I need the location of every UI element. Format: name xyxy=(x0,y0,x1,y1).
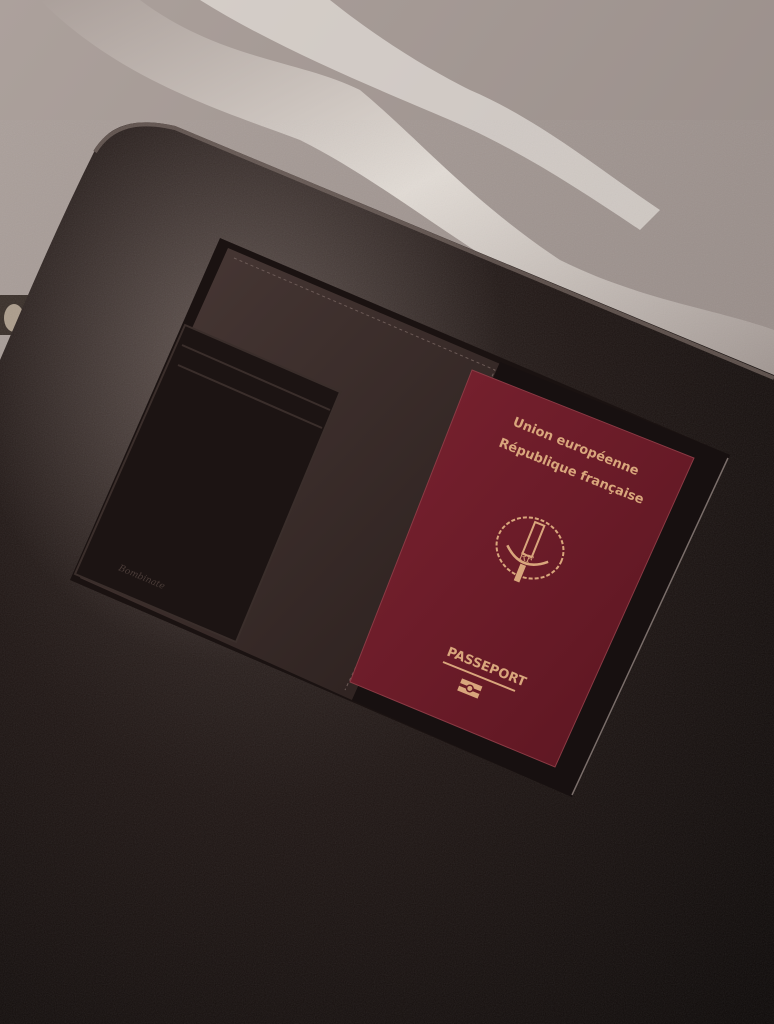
photo-scene: Bombinate Union européenne République fr… xyxy=(0,0,774,1024)
